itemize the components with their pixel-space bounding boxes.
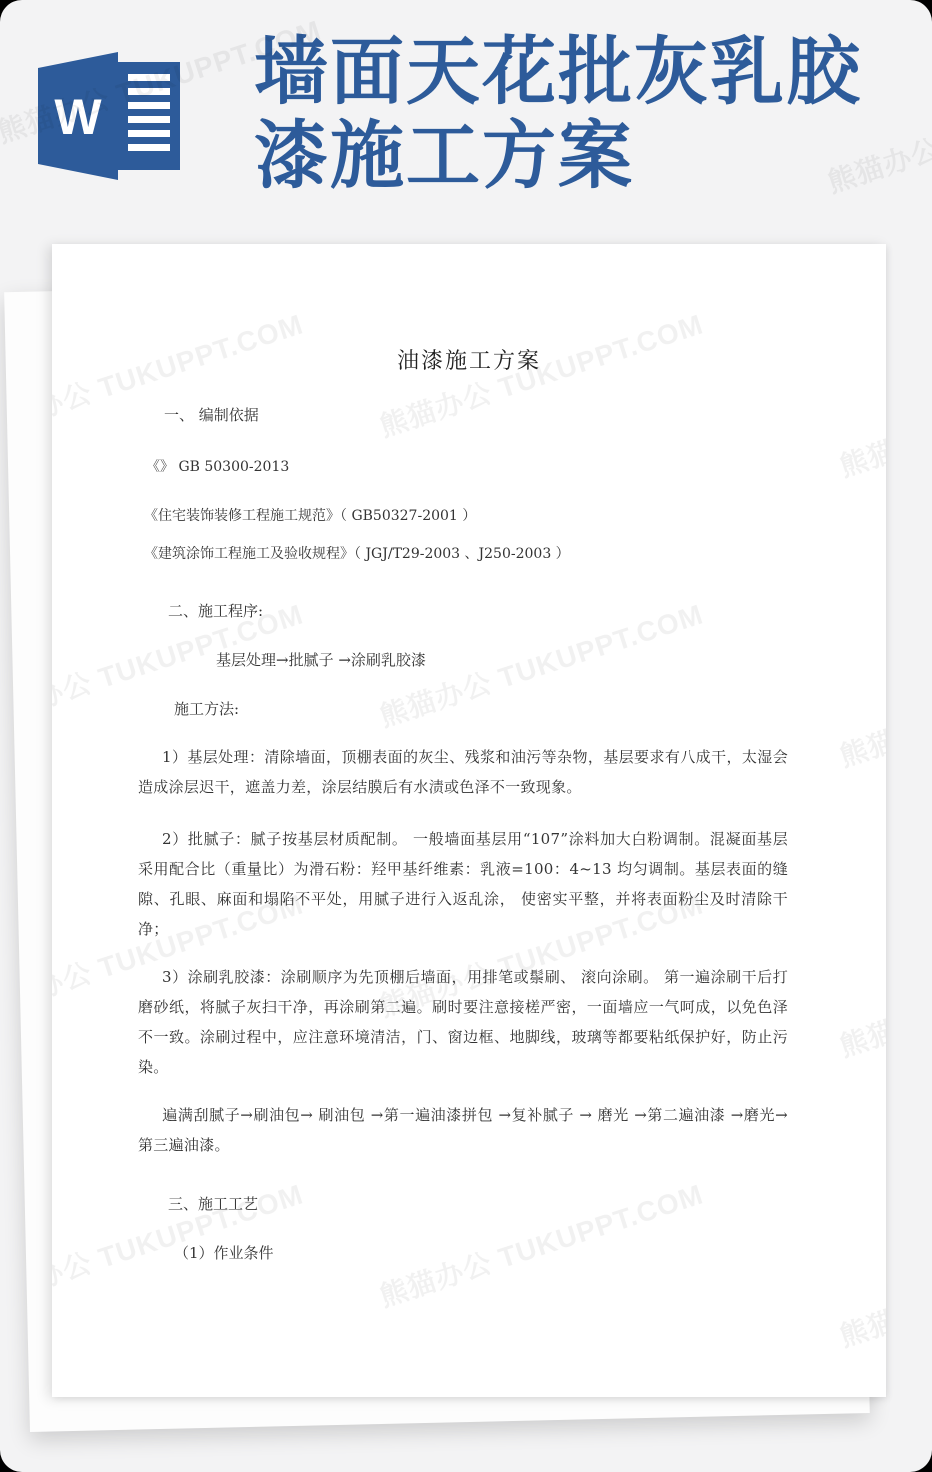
- subsection-heading: 施工方法:: [174, 698, 239, 719]
- document-title: 油漆施工方案: [52, 344, 886, 375]
- subsection-heading: （1）作业条件: [174, 1242, 274, 1263]
- document-page: 熊猫办公 TUKUPPT.COM 熊猫办公 TUKUPPT.COM 熊猫办公 T…: [52, 244, 886, 1397]
- reference-item: 《住宅装饰装修工程施工规范》（ GB50327-2001 ）: [144, 505, 476, 525]
- step-paragraph: 1）基层处理：清除墙面，顶棚表面的灰尘、残浆和油污等杂物，基层要求有八成干，太湿…: [138, 742, 788, 802]
- step-paragraph: 3）涂刷乳胶漆：涂刷顺序为先顶棚后墙面，用排笔或鬃刷、 滚向涂刷。 第一遍涂刷干…: [138, 962, 788, 1082]
- preview-frame: W 墙面天花批灰乳胶 漆施工方案 熊猫办公 TUKUPPT.COM 熊猫办公 T…: [0, 0, 932, 1472]
- watermark: 熊猫办公 TUKUPPT.COM: [374, 1173, 708, 1315]
- reference-item: 《建筑涂饰工程施工及验收规程》（ JGJ/T29-2003 、J250-2003…: [144, 543, 570, 563]
- watermark: 熊猫办公 TUKUPPT.COM: [834, 1213, 886, 1355]
- cover-title: 墙面天花批灰乳胶 漆施工方案: [254, 30, 894, 198]
- section-heading: 三、施工工艺: [168, 1193, 258, 1214]
- step-paragraph: 2）批腻子：腻子按基层材质配制。 一般墙面基层用“107”涂料加大白粉调制。混凝…: [138, 824, 788, 944]
- watermark: 熊猫办公 TUKUPPT.COM: [834, 633, 886, 775]
- process-flow: 基层处理→批腻子 →涂刷乳胶漆: [216, 649, 426, 670]
- sequence-paragraph: 遍满刮腻子→刷油包→ 刷油包 →第一遍油漆拼包 →复补腻子 → 磨光 →第二遍油…: [138, 1100, 788, 1160]
- svg-text:W: W: [54, 89, 102, 145]
- cover-title-line-1: 墙面天花批灰乳胶: [254, 30, 894, 114]
- reference-item: 《》 GB 50300-2013: [146, 456, 289, 476]
- word-document-icon: W: [38, 48, 182, 184]
- section-heading: 一、 编制依据: [164, 404, 259, 425]
- cover-title-line-2: 漆施工方案: [254, 114, 894, 198]
- section-heading: 二、施工程序:: [168, 600, 263, 621]
- watermark: 熊猫办公 TUKUPPT.COM: [834, 923, 886, 1065]
